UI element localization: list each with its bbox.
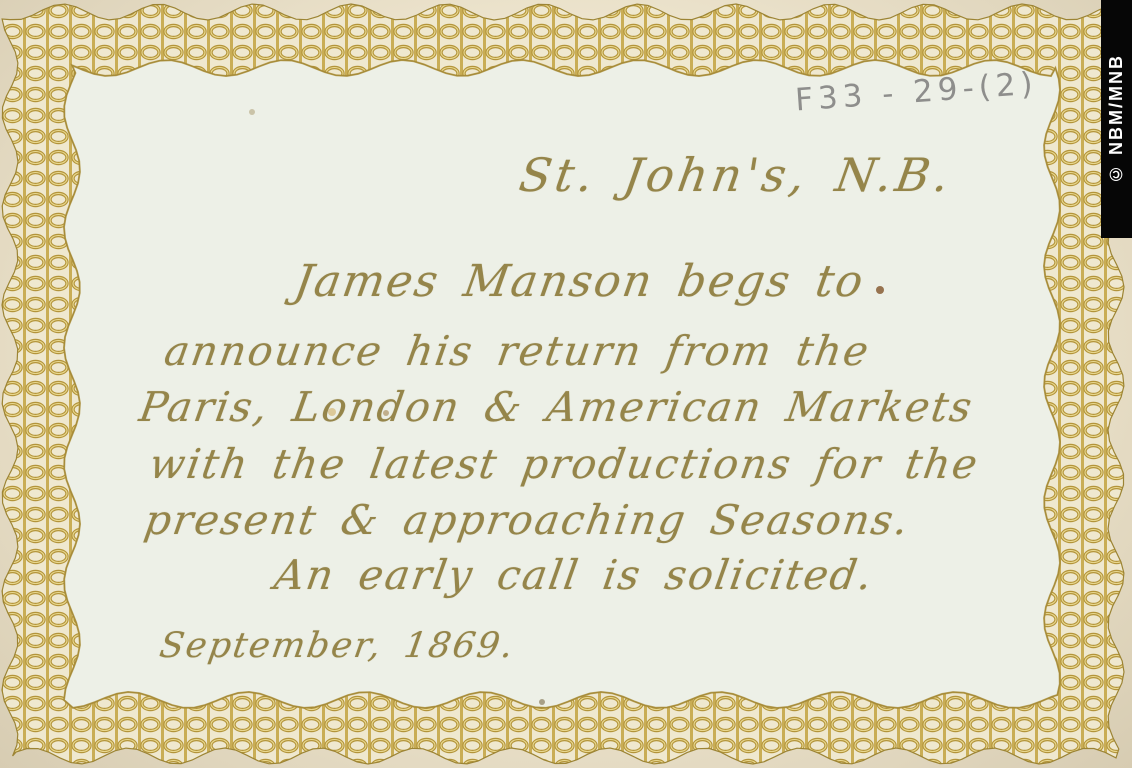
script-line: An early call is solicited.	[271, 551, 877, 599]
script-line-location: St. John's, N.B.	[516, 148, 957, 202]
script-line-date: September, 1869.	[157, 626, 518, 666]
copyright-bar: © NBM/MNB	[1101, 0, 1132, 238]
foxing-specks	[0, 0, 4, 4]
script-line: present & approaching Seasons.	[141, 496, 913, 544]
script-line: Paris, London & American Markets	[136, 383, 977, 431]
script-line: with the latest productions for the	[146, 440, 982, 488]
script-line: James Manson begs to	[291, 256, 868, 307]
copyright-bar-label: © NBM/MNB	[1106, 54, 1127, 184]
script-line: announce his return from the	[161, 327, 874, 375]
